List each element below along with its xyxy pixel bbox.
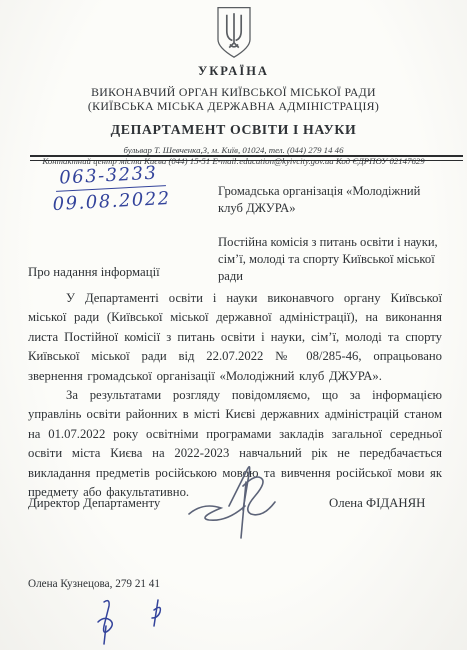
executor-contact: Олена Кузнецова, 279 21 41 [28, 578, 160, 590]
body-paragraph-1: У Департаменті освіти і науки виконавчог… [28, 289, 442, 386]
recipient-commission: Постійна комісія з питань освіти і науки… [218, 234, 438, 285]
subject-line: Про надання інформації [28, 265, 160, 280]
ukraine-coat-of-arms-icon [209, 6, 259, 62]
country-title: УКРАЇНА [0, 64, 467, 79]
address-line: бульвар Т. Шевченка,3, м. Київ, 01024, т… [0, 145, 467, 156]
signer-position: Директор Департаменту [28, 496, 160, 511]
organization-name: ВИКОНАВЧИЙ ОРГАН КИЇВСЬКОЇ МІСЬКОЇ РАДИ … [0, 86, 467, 113]
organization-line1: ВИКОНАВЧИЙ ОРГАН КИЇВСЬКОЇ МІСЬКОЇ РАДИ [0, 86, 467, 100]
organization-line2: (КИЇВСЬКА МІСЬКА ДЕРЖАВНА АДМІНІСТРАЦІЯ) [0, 100, 467, 114]
scanned-letter-page: { "meta": { "document_type": "official l… [0, 0, 467, 650]
recipient-block: Громадська організація «Молодіжний клуб … [218, 183, 438, 302]
pen-marks [82, 596, 192, 648]
department-name: ДЕПАРТАМЕНТ ОСВІТИ І НАУКИ [0, 122, 467, 138]
signer-name: Олена ФІДАНЯН [329, 496, 425, 511]
handwritten-reference: 063-3233 09.08.2022 [51, 161, 171, 216]
letterhead-divider [30, 155, 463, 161]
director-signature [183, 452, 308, 540]
letterhead: УКРАЇНА ВИКОНАВЧИЙ ОРГАН КИЇВСЬКОЇ МІСЬК… [0, 0, 467, 166]
recipient-organization: Громадська організація «Молодіжний клуб … [218, 183, 438, 217]
